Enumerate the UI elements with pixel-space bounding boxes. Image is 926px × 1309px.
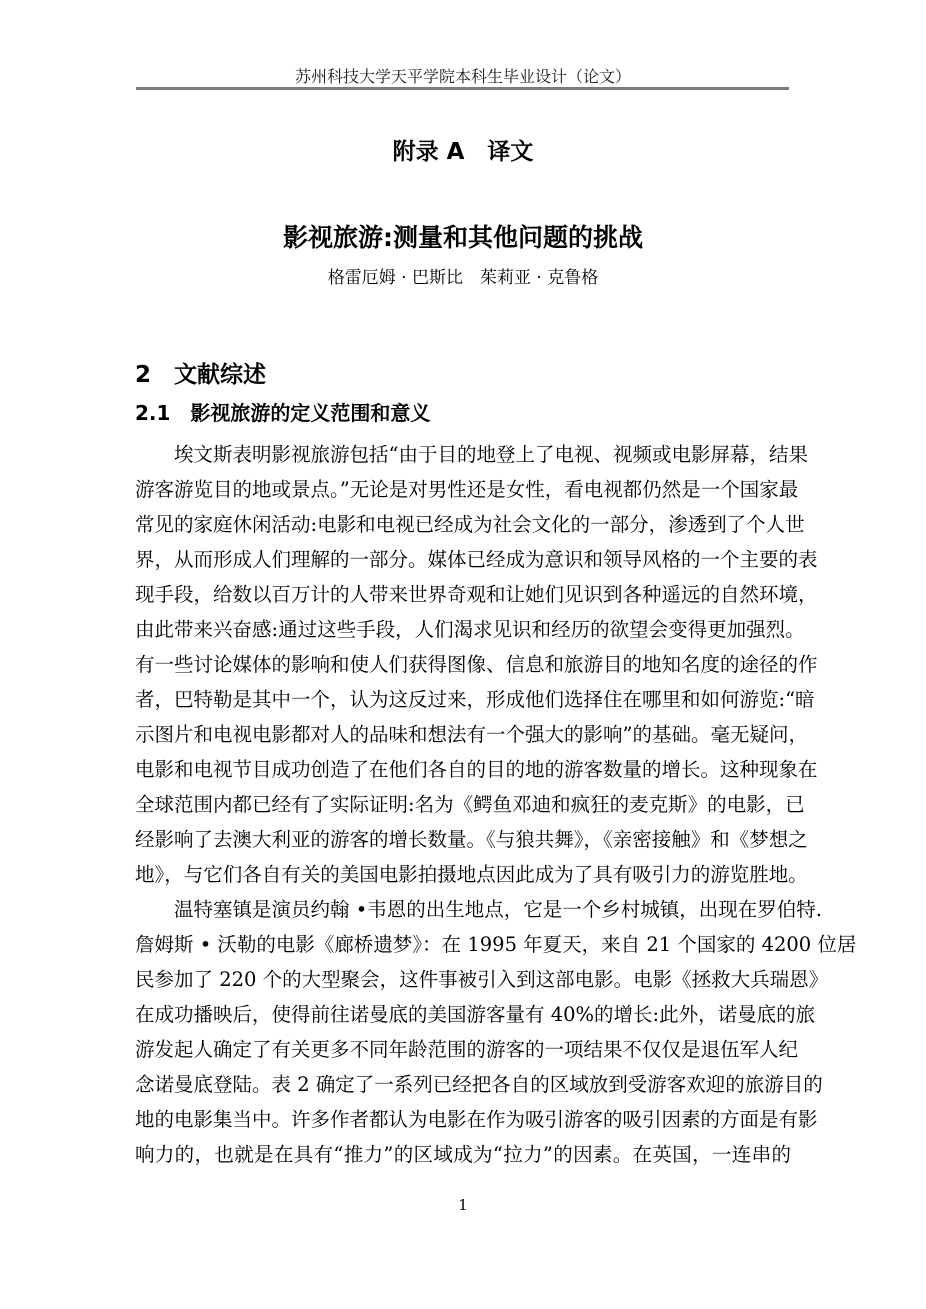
text-line: 电影和电视节目成功创造了在他们各自的目的地的游客数量的增长。这种现象在 (135, 752, 791, 787)
authors-line: 格雷厄姆 · 巴斯比 茱莉亚 · 克鲁格 (0, 263, 926, 288)
paragraph-1: 埃文斯表明影视旅游包括“由于目的地登上了电视、视频或电影屏幕，结果游客游览目的地… (135, 437, 791, 892)
text-line: 地》，与它们各自有关的美国电影拍摄地点因此成为了具有吸引力的游览胜地。 (135, 857, 791, 892)
text-line: 常见的家庭休闲活动:电影和电视已经成为社会文化的一部分，渗透到了个人世 (135, 507, 791, 542)
text-line: 经影响了去澳大利亚的游客的增长数量。《与狼共舞》，《亲密接触》和《梦想之 (135, 822, 791, 857)
appendix-title: 附录 A 译文 (0, 133, 926, 166)
document-page: 苏州科技大学天平学院本科生毕业设计（论文） 附录 A 译文 影视旅游:测量和其他… (0, 0, 926, 1309)
body-text: 埃文斯表明影视旅游包括“由于目的地登上了电视、视频或电影屏幕，结果游客游览目的地… (135, 437, 791, 1172)
text-line: 响力的，也就是在具有“推力”的区域成为“拉力”的因素。在英国，一连串的 (135, 1137, 791, 1172)
page-number: 1 (0, 1196, 926, 1214)
text-line: 游发起人确定了有关更多不同年龄范围的游客的一项结果不仅仅是退伍军人纪 (135, 1032, 791, 1067)
text-line: 由此带来兴奋感:通过这些手段，人们渴求见识和经历的欲望会变得更加强烈。 (135, 612, 791, 647)
section-heading: 2 文献综述 (135, 356, 266, 389)
text-line: 民参加了 220 个的大型聚会，这件事被引入到这部电影。电影《拯救大兵瑞恩》 (135, 962, 791, 997)
header-divider-rule (136, 87, 789, 90)
text-line: 地的电影集当中。许多作者都认为电影在作为吸引游客的吸引因素的方面是有影 (135, 1102, 791, 1137)
article-title: 影视旅游:测量和其他问题的挑战 (0, 218, 926, 254)
subsection-heading: 2.1 影视旅游的定义范围和意义 (135, 397, 430, 426)
text-line: 游客游览目的地或景点。”无论是对男性还是女性，看电视都仍然是一个国家最 (135, 472, 791, 507)
text-line: 现手段，给数以百万计的人带来世界奇观和让她们见识到各种遥远的自然环境， (135, 577, 791, 612)
text-line: 界，从而形成人们理解的一部分。媒体已经成为意识和领导风格的一个主要的表 (135, 542, 791, 577)
paragraph-2: 温特塞镇是演员约翰 •韦恩的出生地点，它是一个乡村城镇，出现在罗伯特.詹姆斯 •… (135, 892, 791, 1172)
text-line: 有一些讨论媒体的影响和使人们获得图像、信息和旅游目的地知名度的途径的作 (135, 647, 791, 682)
text-line: 在成功播映后，使得前往诺曼底的美国游客量有 40%的增长:此外，诺曼底的旅 (135, 997, 791, 1032)
text-line: 温特塞镇是演员约翰 •韦恩的出生地点，它是一个乡村城镇，出现在罗伯特. (135, 892, 791, 927)
text-line: 者，巴特勒是其中一个，认为这反过来，形成他们选择住在哪里和如何游览:“暗 (135, 682, 791, 717)
text-line: 示图片和电视电影都对人的品味和想法有一个强大的影响”的基础。毫无疑问， (135, 717, 791, 752)
text-line: 詹姆斯 • 沃勒的电影《廊桥遗梦》：在 1995 年夏天，来自 21 个国家的 … (135, 927, 791, 962)
text-line: 埃文斯表明影视旅游包括“由于目的地登上了电视、视频或电影屏幕，结果 (135, 437, 791, 472)
page-header-text: 苏州科技大学天平学院本科生毕业设计（论文） (0, 64, 926, 87)
text-line: 全球范围内都已经有了实际证明:名为《鳄鱼邓迪和疯狂的麦克斯》的电影，已 (135, 787, 791, 822)
text-line: 念诺曼底登陆。表 2 确定了一系列已经把各自的区域放到受游客欢迎的旅游目的 (135, 1067, 791, 1102)
